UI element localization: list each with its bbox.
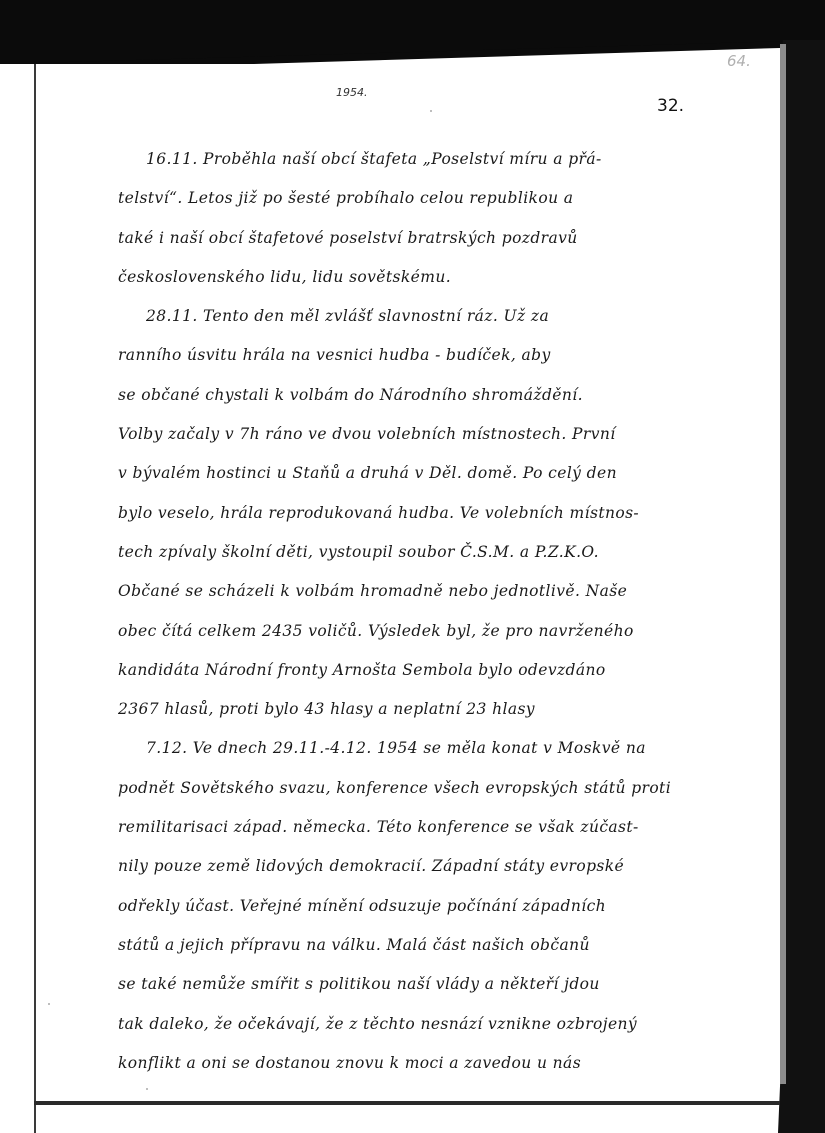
- text-line: států a jejich přípravu na válku. Malá č…: [118, 926, 698, 965]
- text-line: 2367 hlasů, proti bylo 43 hlasy a neplat…: [118, 690, 698, 729]
- scan-speck: [430, 110, 432, 112]
- text-line: podnět Sovětského svazu, konference všec…: [118, 769, 698, 808]
- text-line: kandidáta Národní fronty Arnošta Sembola…: [118, 651, 698, 690]
- text-line: nily pouze země lidových demokracií. Záp…: [118, 847, 698, 886]
- binding-edge: [34, 64, 36, 1133]
- text-line: odřekly účast. Veřejné mínění odsuzuje p…: [118, 887, 698, 926]
- text-line: se občané chystali k volbám do Národního…: [118, 376, 698, 415]
- scan-speck: [48, 1003, 50, 1005]
- text-line: tech zpívaly školní děti, vystoupil soub…: [118, 533, 698, 572]
- text-line: se také nemůže smířit s politikou naší v…: [118, 965, 698, 1004]
- page-number: 32.: [657, 96, 684, 116]
- scan-speck: [146, 1088, 148, 1090]
- text-line: ranního úsvitu hrála na vesnici hudba - …: [118, 336, 698, 375]
- text-line: 28.11. Tento den měl zvlášť slavnostní r…: [118, 297, 698, 336]
- text-line: také i naší obcí štafetové poselství bra…: [118, 219, 698, 258]
- text-line: bylo veselo, hrála reprodukovaná hudba. …: [118, 494, 698, 533]
- text-line: konflikt a oni se dostanou znovu k moci …: [118, 1044, 698, 1083]
- text-line: československého lidu, lidu sovětskému.: [118, 258, 698, 297]
- page-bottom-edge: [34, 1101, 780, 1105]
- text-line: 16.11. Proběhla naší obcí štafeta „Posel…: [118, 140, 698, 179]
- text-line: obec čítá celkem 2435 voličů. Výsledek b…: [118, 612, 698, 651]
- page-edge-shadow: [780, 44, 786, 1084]
- text-line: v bývalém hostinci u Staňů a druhá v Děl…: [118, 454, 698, 493]
- text-line: Volby začaly v 7h ráno ve dvou volebních…: [118, 415, 698, 454]
- handwritten-text-body: 16.11. Proběhla naší obcí štafeta „Posel…: [118, 140, 698, 1083]
- archive-folio-number: 64.: [727, 52, 751, 70]
- text-line: remilitarisaci západ. německa. Této konf…: [118, 808, 698, 847]
- year-header: 1954.: [336, 86, 368, 99]
- text-line: 7.12. Ve dnech 29.11.-4.12. 1954 se měla…: [118, 729, 698, 768]
- text-line: Občané se scházeli k volbám hromadně neb…: [118, 572, 698, 611]
- text-line: telství“. Letos již po šesté probíhalo c…: [118, 179, 698, 218]
- text-line: tak daleko, že očekávají, že z těchto ne…: [118, 1005, 698, 1044]
